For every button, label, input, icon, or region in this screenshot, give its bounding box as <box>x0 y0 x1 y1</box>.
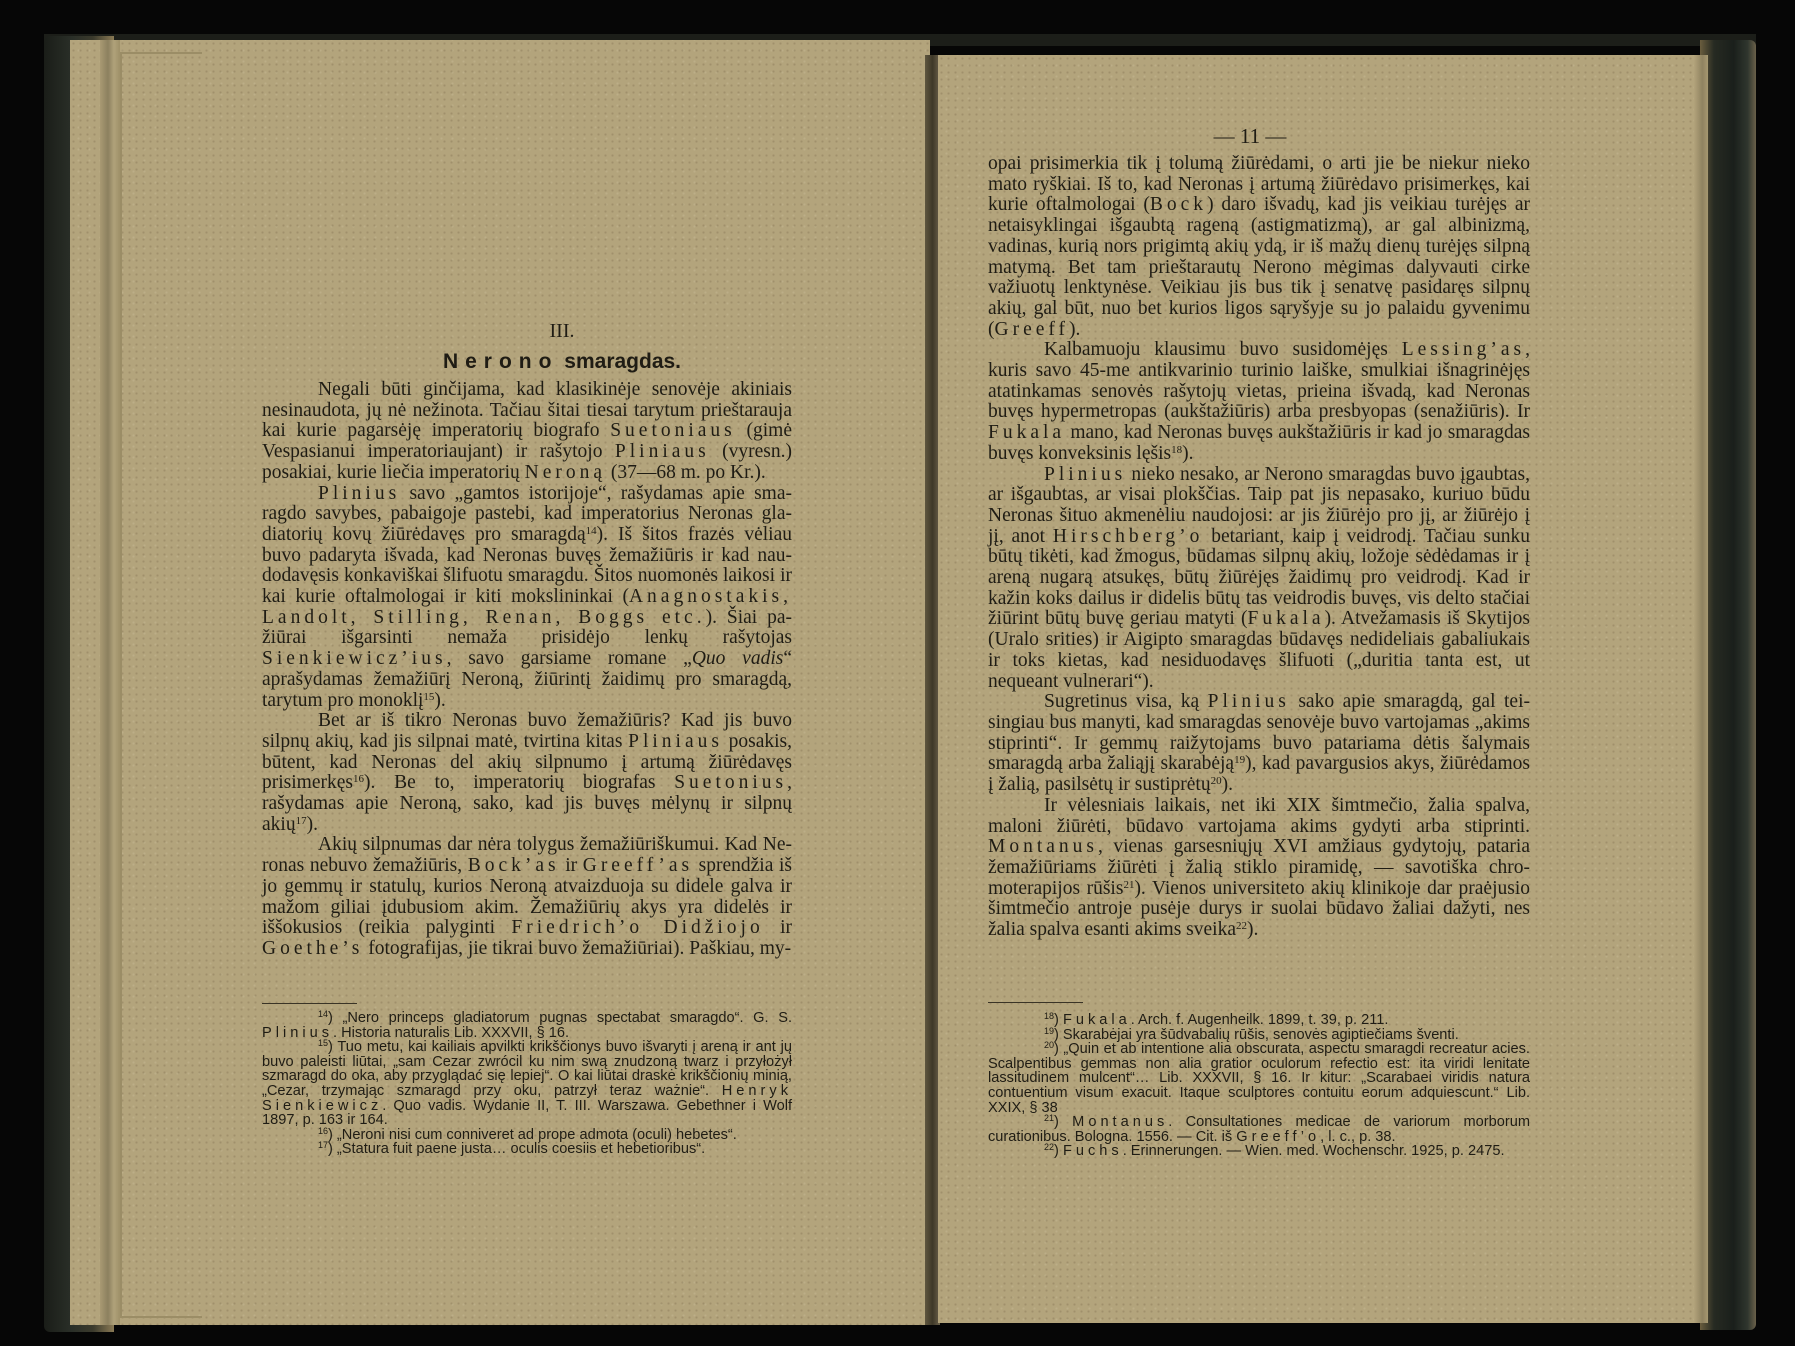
footnote: 18) Fukala. Arch. f. Augenheilk. 1899, t… <box>988 1013 1530 1028</box>
text-run: Suetonius <box>674 772 787 793</box>
text-run: ) <box>1054 1012 1063 1028</box>
footnote-ref: 17 <box>296 815 307 827</box>
footnote-ref: 14 <box>586 525 597 537</box>
text-run: ). <box>1069 319 1080 340</box>
footnote: 14) „Nero princeps gladiatorum pugnas sp… <box>262 1011 792 1040</box>
text-run: Greeff <box>995 319 1070 340</box>
text-run: ). <box>307 814 318 835</box>
text-run: Neroną <box>525 462 606 483</box>
book-cover-right <box>1700 40 1756 1330</box>
footnote-ref: 15 <box>318 1038 328 1048</box>
text-run: Quo vadis <box>692 648 784 669</box>
left-body-text: Negali būti ginčijama, kad klasikinėje s… <box>262 380 792 960</box>
footnote: 21) Montanus. Consultationes medicae de … <box>988 1115 1530 1144</box>
text-run: ) Tuo metu, kai kailiais apvilkti krikšč… <box>262 1039 792 1099</box>
text-run: ) „Statura fuit paene justa… oculis coes… <box>328 1141 705 1157</box>
paragraph: Plinius nieko nesako, ar Nerono smaragda… <box>988 465 1530 693</box>
footnote-divider <box>262 1003 357 1004</box>
paragraph: Kalbamuoju klausimu buvo susidomėjęs Les… <box>988 340 1530 464</box>
footnote: 22) Fuchs. Erinnerungen. — Wien. med. Wo… <box>988 1144 1530 1159</box>
page-stack-edge <box>100 40 120 1325</box>
footnote-ref: 20 <box>1044 1040 1054 1050</box>
text-run: fotografijas, jie tikrai buvo žemažiūria… <box>363 938 791 959</box>
left-footnotes: 14) „Nero princeps gladiatorum pugnas sp… <box>262 1011 792 1157</box>
text-run: Plinius <box>1044 464 1126 485</box>
footnote-ref: 17 <box>318 1140 328 1150</box>
page-stack-edge <box>1694 55 1708 1323</box>
text-run: ). <box>1222 774 1233 795</box>
text-run: mano, kad Neronas buvęs aukštažiūris ir … <box>988 422 1530 464</box>
text-run: Fukala <box>988 422 1065 443</box>
paragraph: Ir vėlesniais laikais, net iki XIX šimtm… <box>988 796 1530 941</box>
text-run: Plinius <box>1208 691 1290 712</box>
footnote-ref: 18 <box>1171 444 1182 456</box>
footnote-ref: 19 <box>1044 1026 1054 1036</box>
text-run: Friedrich’o Didžiojo <box>511 917 763 938</box>
chapter-number: III. <box>262 320 862 343</box>
text-run: (37—68 m. po Kr.). <box>606 462 766 483</box>
footnote-ref: 19 <box>1234 754 1245 766</box>
paragraph: Negali būti ginčijama, kad klasikinėje s… <box>262 380 792 484</box>
right-footnotes: 18) Fukala. Arch. f. Augenheilk. 1899, t… <box>988 1013 1530 1159</box>
text-run: ) „Quin et ab intentione alia obscurata,… <box>988 1041 1530 1115</box>
text-run: ir <box>764 917 792 938</box>
chapter-title: Nerono smaragdas. <box>262 350 862 374</box>
footnote: 17) „Statura fuit paene justa… oculis co… <box>262 1142 792 1157</box>
footnote-ref: 14 <box>318 1009 328 1019</box>
text-run: . Arch. f. Augenheilk. 1899, t. 39, p. 2… <box>1131 1012 1389 1028</box>
text-run: Kalbamuoju klausimu buvo susidomėjęs <box>1044 339 1402 360</box>
footnote: 15) Tuo metu, kai kailiais apvilkti krik… <box>262 1040 792 1128</box>
text-run: Pliniaus <box>628 731 723 752</box>
text-run: Ir vėlesniais laikais, net iki XIX šimtm… <box>988 795 1530 837</box>
text-run: ) „Nero princeps gladiatorum pugnas spec… <box>328 1010 792 1026</box>
paragraph: Plinius savo „gamtos istorijoje“, rašyda… <box>262 484 792 712</box>
footnote-ref: 16 <box>353 773 364 785</box>
footnote: 20) „Quin et ab intentione alia obscurat… <box>988 1042 1530 1115</box>
text-run: Lessing’as <box>1402 339 1525 360</box>
page-stack-edge <box>120 52 202 1318</box>
text-run: Bock’as <box>468 855 560 876</box>
chapter-title-rest: smaragdas. <box>558 350 681 373</box>
text-run: Montanus <box>1072 1114 1168 1130</box>
footnote-ref: 21 <box>1044 1113 1054 1123</box>
text-run: , savo garsiame romane „ <box>447 648 692 669</box>
text-run: Greeff’as <box>583 855 693 876</box>
footnote-ref: 21 <box>1123 879 1134 891</box>
chapter-title-spaced: Nerono <box>443 350 559 373</box>
text-run: ). Be to, imperatorių biografas <box>364 772 674 793</box>
text-run: Hirschberg’o <box>1053 526 1204 547</box>
footnote-ref: 16 <box>318 1126 328 1136</box>
footnote: 19) Skarabėjai yra šūdvabalių rūšis, sen… <box>988 1028 1530 1043</box>
footnote-divider <box>988 1002 1083 1003</box>
text-run: Goethe’s <box>262 938 363 959</box>
text-run: ). <box>434 690 445 711</box>
footnote-ref: 15 <box>423 691 434 703</box>
text-run: ) <box>1054 1143 1063 1159</box>
text-run: ) <box>1054 1114 1072 1130</box>
right-body-text: opai prisimerkia tik į tolumą žiūrėdami,… <box>988 154 1530 941</box>
footnote-ref: 18 <box>1044 1011 1054 1021</box>
text-run: Sugretinus visa, ką <box>1044 691 1208 712</box>
page-number: — 11 — <box>1150 124 1350 149</box>
text-run: Montanus <box>988 836 1098 857</box>
text-run: Plinius <box>318 483 400 504</box>
text-run: Bock <box>1150 194 1207 215</box>
text-run: ). <box>1182 443 1193 464</box>
paragraph: opai prisimerkia tik į tolumą žiūrėdami,… <box>988 154 1530 340</box>
text-run: ir <box>560 855 583 876</box>
text-run: ). <box>1247 919 1258 940</box>
text-run: Fukala <box>1247 608 1324 629</box>
text-run: Fukala <box>1063 1012 1131 1028</box>
text-run: . Erinnerungen. — Wien. med. Wochenschr.… <box>1123 1143 1505 1159</box>
text-run: Fuchs <box>1063 1143 1123 1159</box>
footnote-ref: 22 <box>1236 920 1247 932</box>
footnote-ref: 20 <box>1211 775 1222 787</box>
paragraph: Akių silpnumas dar nėra tolygus žemažiūr… <box>262 835 792 959</box>
text-run: Suetoniaus <box>610 420 736 441</box>
paragraph: Sugretinus visa, ką Plinius sako apie sm… <box>988 692 1530 796</box>
text-run: Sienkiewicz’ius <box>262 648 447 669</box>
footnote-ref: 22 <box>1044 1142 1054 1152</box>
text-run: Pliniaus <box>615 441 710 462</box>
paragraph: Bet ar iš tikro Neronas buvo žemažiūris?… <box>262 711 792 835</box>
